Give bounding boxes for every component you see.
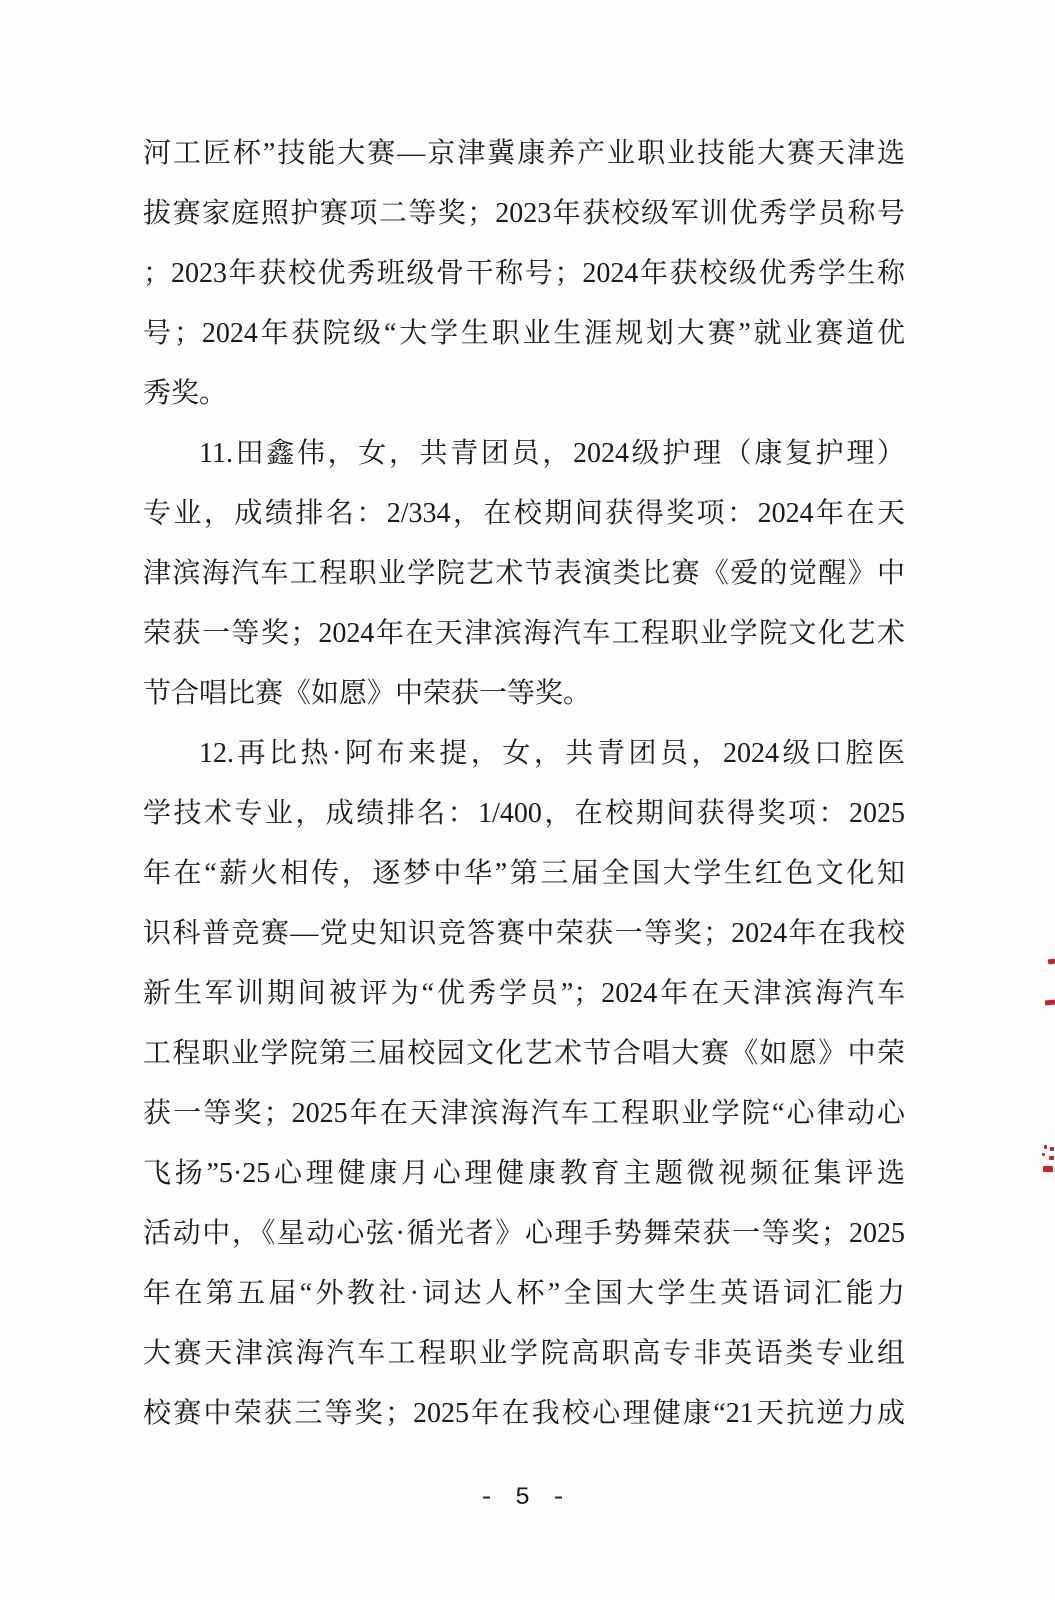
text-line: 河工匠杯”技能大赛—京津冀康养产业职业技能大赛天津选 <box>143 124 905 184</box>
text-line: 津滨海汽车工程职业学院艺术节表演类比赛《爱的觉醒》中 <box>143 544 905 604</box>
text-line: 11.田鑫伟，女，共青团员，2024级护理（康复护理） <box>143 424 905 484</box>
document-page: 河工匠杯”技能大赛—京津冀康养产业职业技能大赛天津选拔赛家庭照护赛项二等奖；20… <box>0 0 1055 1600</box>
red-ink-mark-1 <box>1048 959 1055 965</box>
text-line: 获一等奖；2025年在天津滨海汽车工程职业学院“心律动心 <box>143 1084 905 1144</box>
text-line: 大赛天津滨海汽车工程职业学院高职高专非英语类专业组 <box>143 1324 905 1384</box>
text-line: 年在“薪火相传，逐梦中华”第三届全国大学生红色文化知 <box>143 844 905 904</box>
red-ink-scribble <box>1041 1145 1055 1175</box>
text-line: 拔赛家庭照护赛项二等奖；2023年获校级军训优秀学员称号 <box>143 184 905 244</box>
text-line: 号；2024年获院级“大学生职业生涯规划大赛”就业赛道优 <box>143 304 905 364</box>
text-line: 专业，成绩排名：2/334，在校期间获得奖项：2024年在天 <box>143 484 905 544</box>
text-line: 荣获一等奖；2024年在天津滨海汽车工程职业学院文化艺术 <box>143 604 905 664</box>
text-line: ；2023年获校优秀班级骨干称号；2024年获校级优秀学生称 <box>143 244 905 304</box>
red-ink-mark-2 <box>1045 1000 1055 1006</box>
page-number: - 5 - <box>143 1483 905 1512</box>
text-line: 校赛中荣获三等奖；2025年在我校心理健康“21天抗逆力成 <box>143 1384 905 1444</box>
text-line: 学技术专业，成绩排名：1/400，在校期间获得奖项：2025 <box>143 784 905 844</box>
text-line: 新生军训期间被评为“优秀学员”；2024年在天津滨海汽车 <box>143 964 905 1024</box>
text-line: 节合唱比赛《如愿》中荣获一等奖。 <box>143 664 905 724</box>
text-line: 活动中，《星动心弦·循光者》心理手势舞荣获一等奖；2025 <box>143 1204 905 1264</box>
text-line: 工程职业学院第三届校园文化艺术节合唱大赛《如愿》中荣 <box>143 1024 905 1084</box>
document-body: 河工匠杯”技能大赛—京津冀康养产业职业技能大赛天津选拔赛家庭照护赛项二等奖；20… <box>143 124 905 1444</box>
text-line: 年在第五届“外教社·词达人杯”全国大学生英语词汇能力 <box>143 1264 905 1324</box>
text-line: 秀奖。 <box>143 364 905 424</box>
text-line: 识科普竞赛—党史知识竞答赛中荣获一等奖；2024年在我校 <box>143 904 905 964</box>
text-line: 12.再比热·阿布来提，女，共青团员，2024级口腔医 <box>143 724 905 784</box>
text-line: 飞扬”5·25心理健康月心理健康教育主题微视频征集评选 <box>143 1144 905 1204</box>
